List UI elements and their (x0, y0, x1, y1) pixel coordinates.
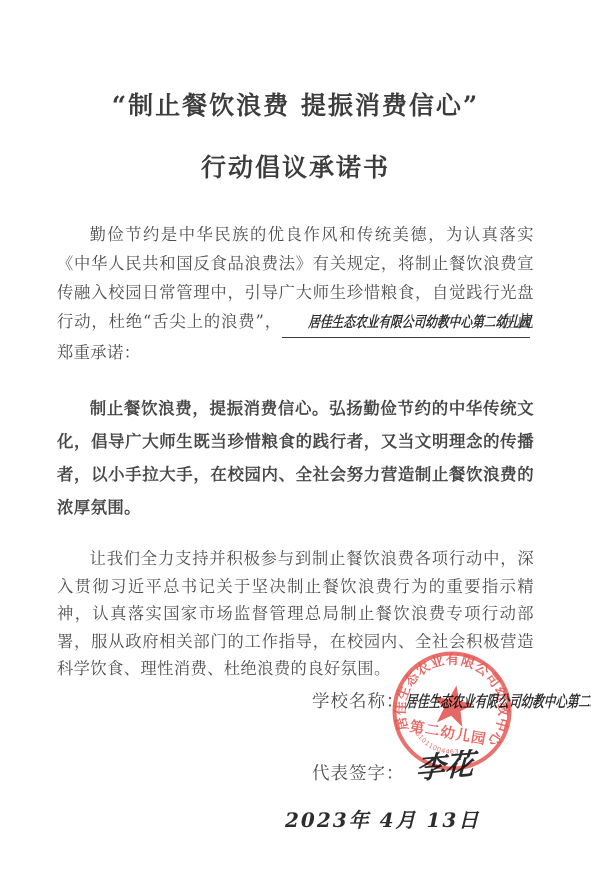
paragraph-commitment: 制止餐饮浪费，提振消费信心。弘扬勤俭节约的中华传统文化，倡导广大师生既当珍惜粮食… (57, 392, 534, 524)
paragraph-pledge-intro: 勤俭节约是中华民族的优良作风和传统美德，为认真落实《中华人民共和国反食品浪费法》… (57, 220, 534, 367)
signature-label: 代表签字： (312, 764, 405, 784)
school-name-line: 学校名称：居佳生态农业有限公司幼教中心第二幼儿园 (312, 688, 591, 713)
paragraph-support-actions: 让我们全力支持并积极参与到制止餐饮浪费各项行动中，深入贯彻习近平总书记关于坚决制… (57, 545, 534, 683)
signature-handwritten: 李花 (415, 742, 475, 788)
document-title-line1: “制止餐饮浪费 提振消费信心” (57, 86, 534, 122)
document-title-line2: 行动倡议承诺书 (57, 148, 534, 184)
school-name-label: 学校名称： (312, 692, 405, 712)
document-page: “制止餐饮浪费 提振消费信心” 行动倡议承诺书 勤俭节约是中华民族的优良作风和传… (0, 0, 591, 886)
school-name-handwritten: 居佳生态农业有限公司幼教中心第二幼儿园 (405, 689, 591, 712)
document-body: “制止餐饮浪费 提振消费信心” 行动倡议承诺书 勤俭节约是中华民族的优良作风和传… (57, 0, 534, 699)
date-line: 2023年 4月 13日 (285, 804, 480, 833)
date-handwritten: 2023年 4月 13日 (285, 808, 480, 832)
representative-signature-line: 代表签字：李花 (312, 747, 473, 788)
paragraph1-handwritten-school-name: 居佳生态农业有限公司幼教中心第二幼儿园 (282, 308, 531, 338)
